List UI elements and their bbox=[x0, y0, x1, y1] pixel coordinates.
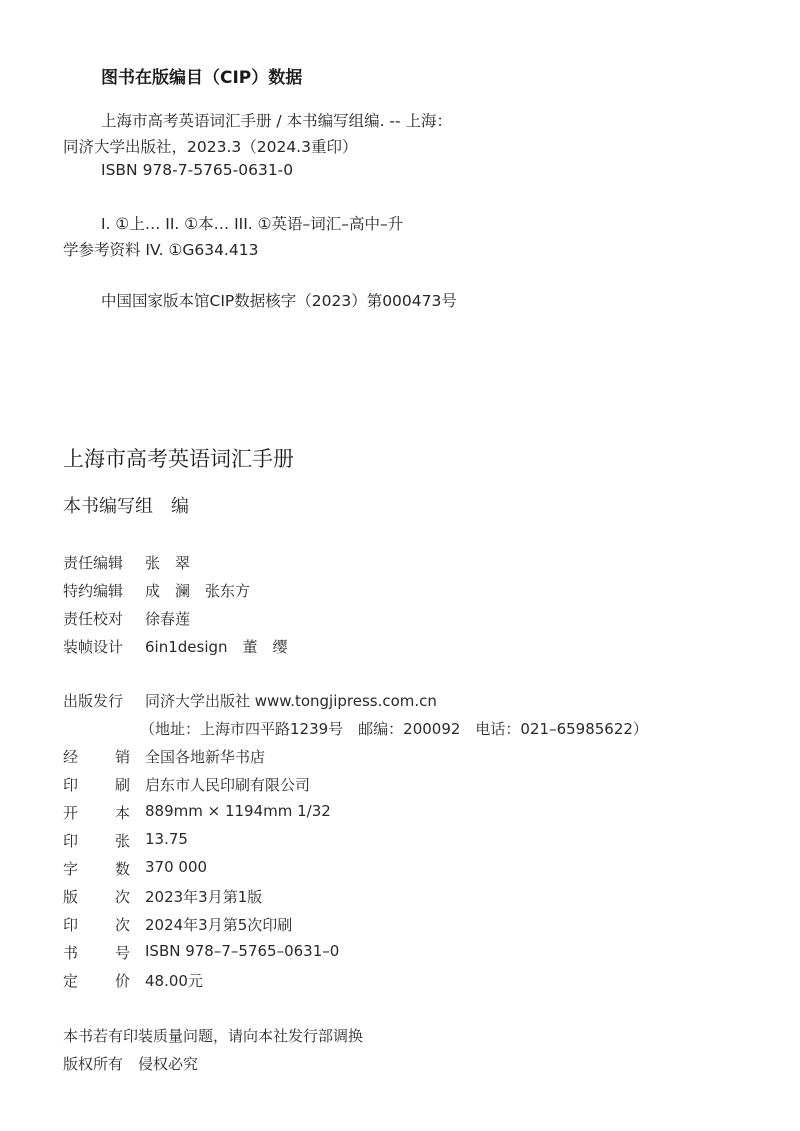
spec-label-char: 本 bbox=[115, 802, 130, 823]
spec-row-isbn: 书号 ISBN 978–7–5765–0631–0 bbox=[63, 942, 339, 960]
cip-heading: 图书在版编目（CIP）数据 bbox=[101, 63, 302, 88]
spec-label-char: 数 bbox=[115, 858, 130, 879]
spec-value: 48.00元 bbox=[145, 970, 203, 991]
credit-label: 责任编辑 bbox=[63, 552, 145, 573]
spec-label-char: 号 bbox=[115, 942, 130, 963]
spec-label-char: 印 bbox=[63, 830, 78, 851]
spec-label-char: 销 bbox=[115, 746, 130, 767]
publisher-value: 同济大学出版社 www.tongjipress.com.cn bbox=[145, 690, 437, 711]
credit-value: 6in1design 董 缨 bbox=[145, 636, 288, 657]
spec-value: 370 000 bbox=[145, 858, 207, 876]
credit-value: 徐春莲 bbox=[145, 608, 190, 629]
spec-row-printing: 印次 2024年3月第5次印刷 bbox=[63, 914, 292, 935]
cip-record-number: 中国国家版本馆CIP数据核字（2023）第000473号 bbox=[101, 289, 457, 311]
credit-label: 装帧设计 bbox=[63, 636, 145, 657]
spec-value: 2024年3月第5次印刷 bbox=[145, 914, 292, 935]
spec-label-char: 次 bbox=[115, 886, 130, 907]
spec-label-char: 价 bbox=[115, 970, 130, 991]
cip-title-line: 上海市高考英语词汇手册 / 本书编写组编. -- 上海： bbox=[101, 109, 452, 131]
credit-value: 成 澜 张东方 bbox=[145, 580, 250, 601]
credit-label: 责任校对 bbox=[63, 608, 145, 629]
cip-classification-line-2: 学参考资料 IV. ①G634.413 bbox=[63, 238, 258, 260]
credit-row-proofreader: 责任校对 徐春莲 bbox=[63, 608, 190, 629]
spec-value: 全国各地新华书店 bbox=[145, 746, 265, 767]
cip-isbn-line: ISBN 978-7-5765-0631-0 bbox=[101, 161, 293, 179]
book-title: 上海市高考英语词汇手册 bbox=[63, 443, 294, 473]
spec-row-edition: 版次 2023年3月第1版 bbox=[63, 886, 262, 907]
spec-value: 13.75 bbox=[145, 830, 188, 848]
cip-classification-line: I. ①上… II. ①本… III. ①英语–词汇–高中–升 bbox=[101, 212, 403, 234]
credit-row-editor: 责任编辑 张 翠 bbox=[63, 552, 190, 573]
spec-label-char: 字 bbox=[63, 858, 78, 879]
spec-value: 启东市人民印刷有限公司 bbox=[145, 774, 310, 795]
cip-publisher-line: 同济大学出版社，2023.3（2024.3重印） bbox=[63, 135, 357, 157]
spec-value: 2023年3月第1版 bbox=[145, 886, 262, 907]
spec-label-char: 开 bbox=[63, 802, 78, 823]
publisher-label: 出版发行 bbox=[63, 690, 145, 711]
publisher-row: 出版发行 同济大学出版社 www.tongjipress.com.cn bbox=[63, 690, 437, 711]
copyright-notice: 版权所有 侵权必究 bbox=[63, 1053, 198, 1074]
spec-row-word-count: 字数 370 000 bbox=[63, 858, 207, 876]
credit-label: 特约编辑 bbox=[63, 580, 145, 601]
spec-label-char: 经 bbox=[63, 746, 78, 767]
book-author: 本书编写组 编 bbox=[63, 492, 189, 518]
quality-notice: 本书若有印装质量问题，请向本社发行部调换 bbox=[63, 1025, 363, 1046]
spec-row-format: 开本 889mm × 1194mm 1/32 bbox=[63, 802, 331, 820]
spec-label-char: 印 bbox=[63, 914, 78, 935]
spec-row-price: 定价 48.00元 bbox=[63, 970, 203, 991]
spec-label-char: 书 bbox=[63, 942, 78, 963]
spec-label-char: 次 bbox=[115, 914, 130, 935]
credit-value: 张 翠 bbox=[145, 552, 190, 573]
spec-row-distributor: 经销 全国各地新华书店 bbox=[63, 746, 265, 767]
spec-value: ISBN 978–7–5765–0631–0 bbox=[145, 942, 339, 960]
spec-row-sheets: 印张 13.75 bbox=[63, 830, 188, 848]
spec-label-char: 定 bbox=[63, 970, 78, 991]
spec-label-char: 版 bbox=[63, 886, 78, 907]
spec-value: 889mm × 1194mm 1/32 bbox=[145, 802, 331, 820]
credit-row-designer: 装帧设计 6in1design 董 缨 bbox=[63, 636, 288, 657]
spec-label-char: 印 bbox=[63, 774, 78, 795]
spec-label-char: 刷 bbox=[115, 774, 130, 795]
spec-label-char: 张 bbox=[115, 830, 130, 851]
credit-row-special-editor: 特约编辑 成 澜 张东方 bbox=[63, 580, 250, 601]
publisher-address: （地址：上海市四平路1239号 邮编：200092 电话：021–6598562… bbox=[140, 718, 648, 739]
spec-row-printer: 印刷 启东市人民印刷有限公司 bbox=[63, 774, 310, 795]
